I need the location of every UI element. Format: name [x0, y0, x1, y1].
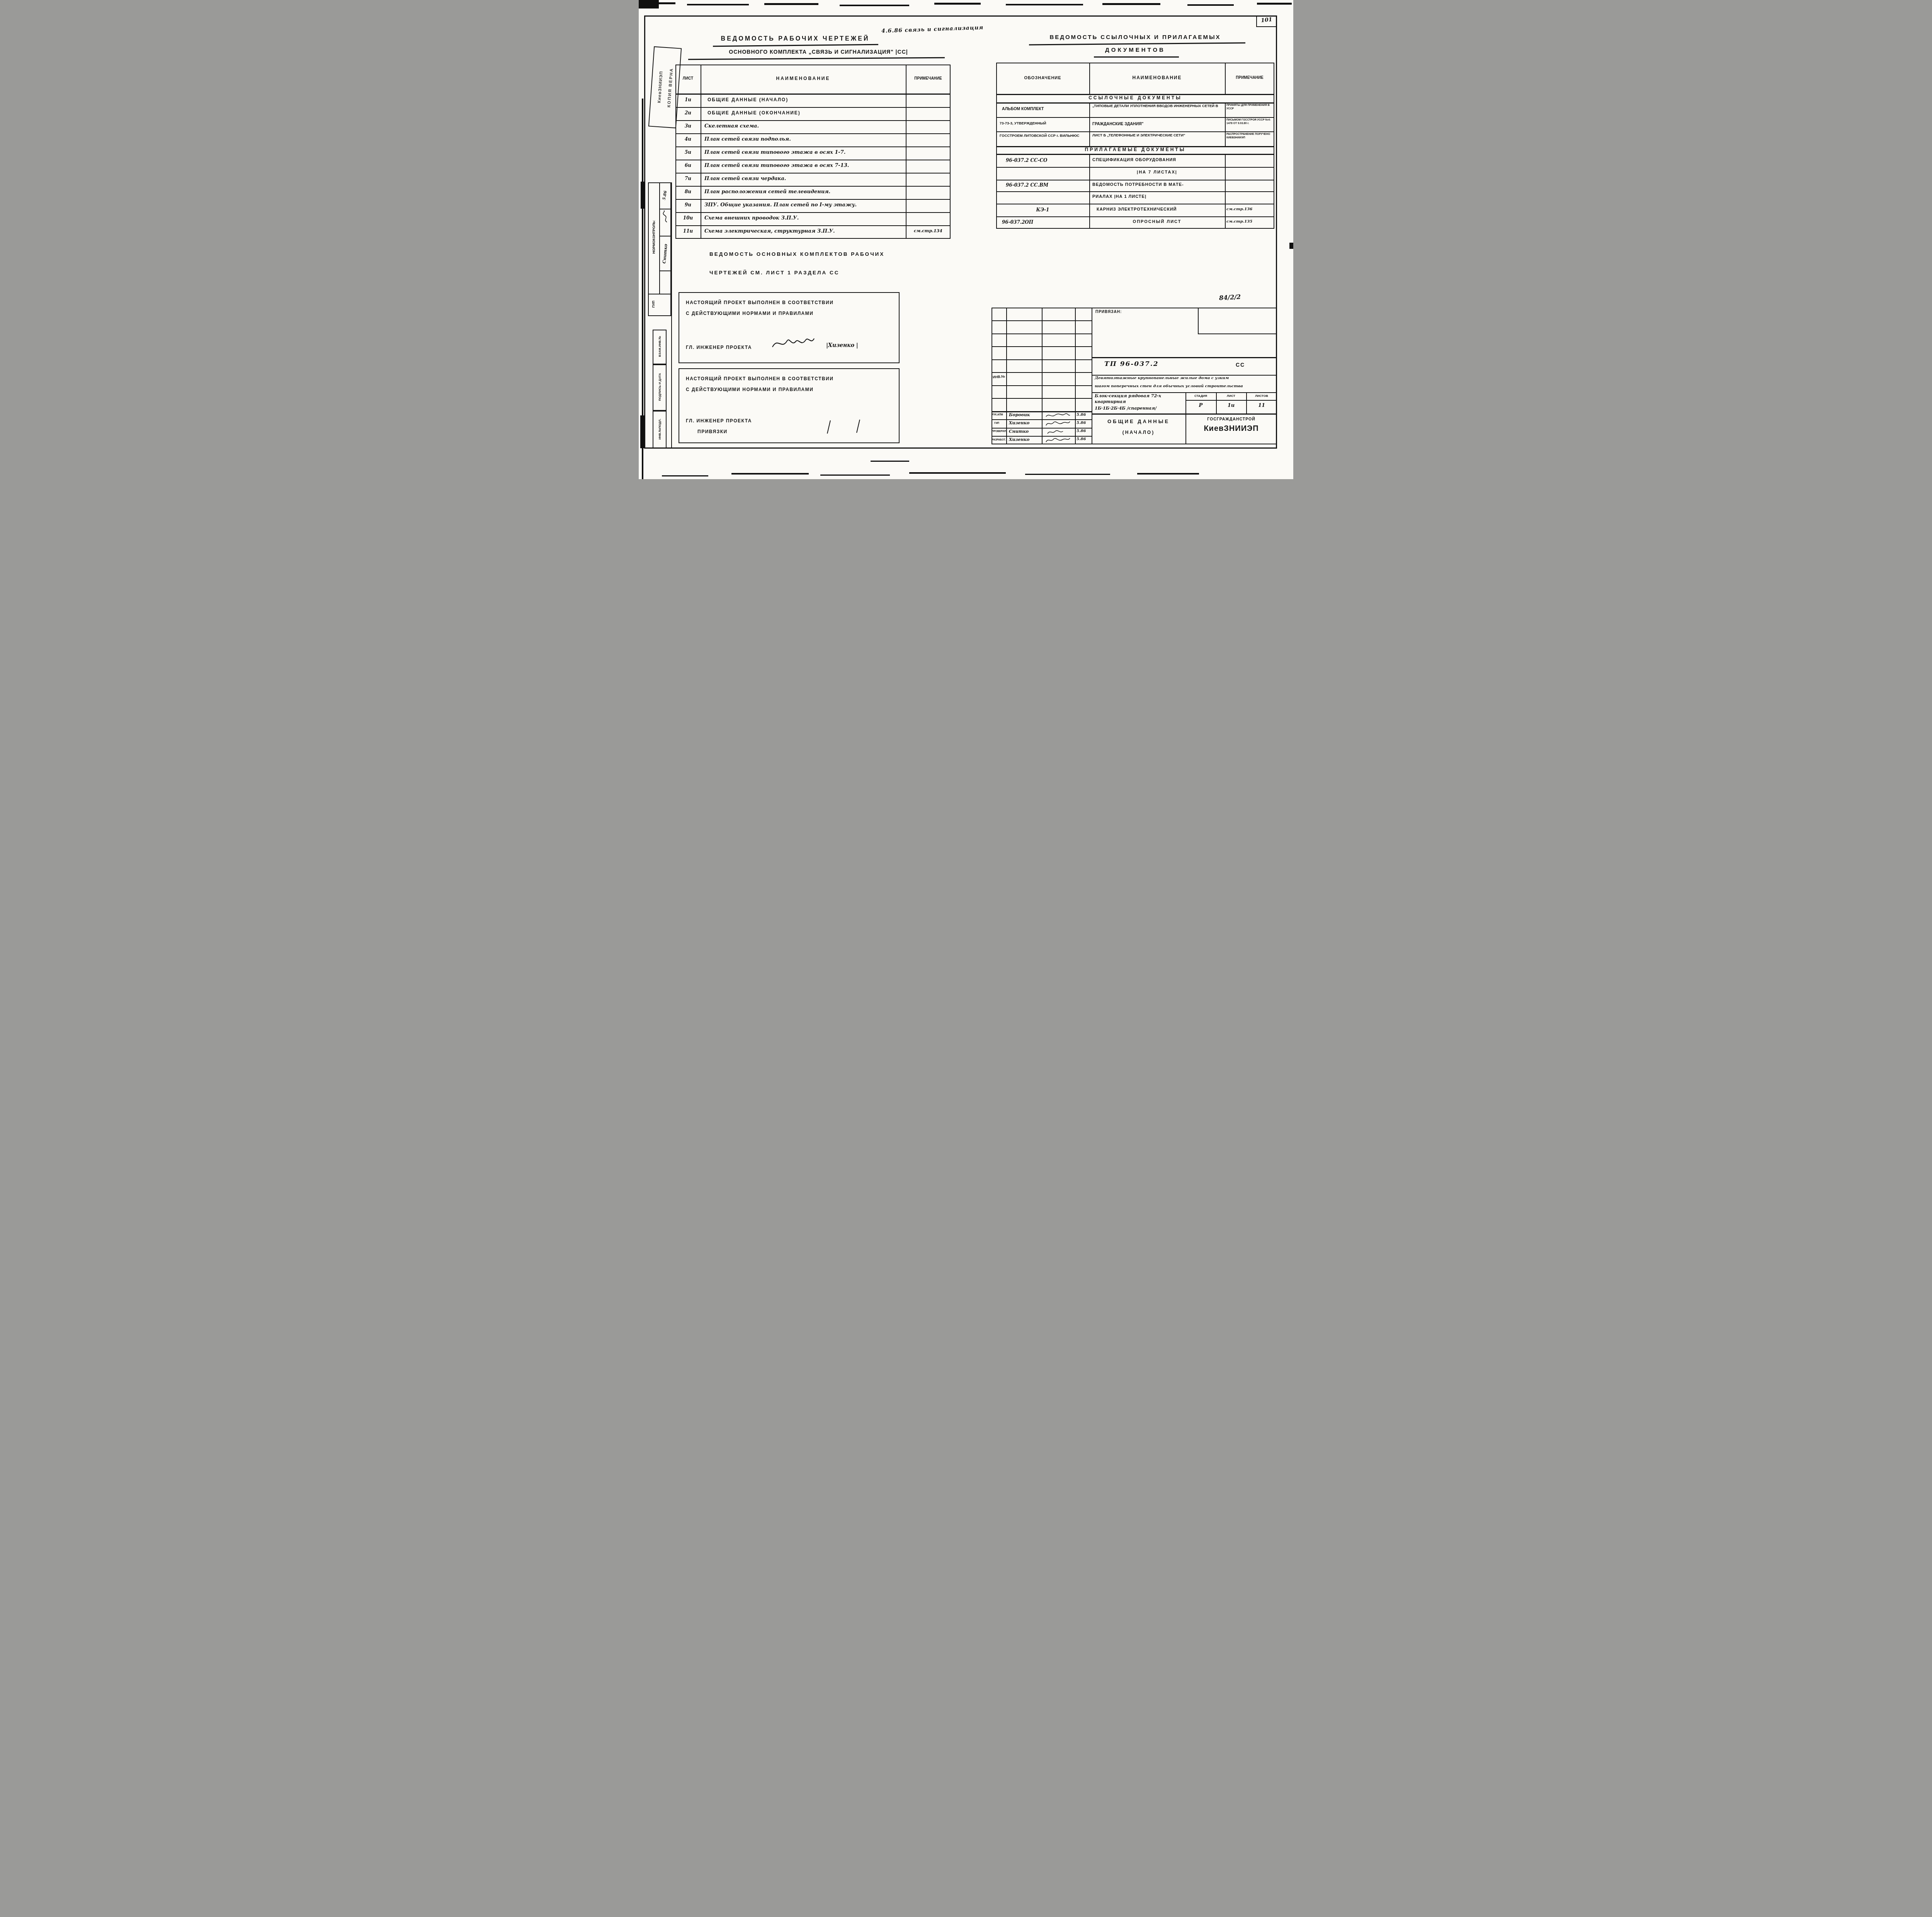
tb-line	[1198, 308, 1199, 333]
wd-title-line2: ОСНОВНОГО КОМПЛЕКТА „СВЯЗЬ И СИГНАЛИЗАЦИ…	[689, 49, 948, 55]
rd-ref-note: ПИСЬМОМ ГОССТРОЯ УССР №4-1478 ОТ 9.03.80…	[1226, 118, 1273, 125]
rd-att-name: РИАЛАХ |НА 1 ЛИСТЕ|	[1092, 194, 1222, 199]
wd-row-line	[675, 225, 951, 226]
wd-col-name: НАИМЕНОВАНИЕ	[701, 76, 906, 81]
scan-artifact	[1025, 474, 1110, 475]
object-number: 84/2/2	[1219, 293, 1241, 302]
wd-row-name: План расположения сетей телевидения.	[704, 189, 901, 195]
gip-margin-label: ГИП	[651, 285, 655, 323]
wd-row-sheet: 6и	[675, 163, 701, 168]
statement2-line2: С ДЕЙСТВУЮЩИМИ НОРМАМИ И ПРАВИЛАМИ	[686, 387, 813, 392]
wd-row-line	[675, 199, 951, 200]
wd-row-name: Скелетная схема.	[704, 123, 901, 129]
tb-sig-date: 5.86	[1077, 429, 1086, 433]
tb-line	[1092, 413, 1277, 415]
tb-sig-name: Снитко	[1009, 429, 1029, 434]
tb-doc-mark: СС	[1236, 362, 1245, 368]
rd-ref-code: АЛЬБОМ КОМПЛЕКТ	[1002, 107, 1085, 111]
tb-sig-date: 5.86	[1077, 421, 1086, 425]
scan-artifact	[731, 473, 809, 475]
rd-row-line	[996, 131, 1274, 132]
scan-artifact	[641, 182, 644, 209]
scan-artifact	[1102, 3, 1160, 5]
scan-artifact	[687, 4, 749, 5]
wd-row-line	[675, 173, 951, 173]
rd-col-code: ОБОЗНАЧЕНИЕ	[996, 76, 1089, 80]
scan-artifact	[1289, 243, 1293, 249]
rd-title-underline2	[1094, 56, 1179, 58]
tb-grid-line	[1042, 308, 1043, 444]
tb-descr-line2: шагом поперечных стен для обычных услови…	[1095, 384, 1276, 388]
tb-stage-val3: 11	[1246, 403, 1277, 408]
wd-row-name: ЗПУ. Общие указания. План сетей по I-му …	[704, 202, 901, 208]
wd-row-line	[675, 212, 951, 213]
rd-att-name: КАРНИЗ ЭЛЕКТРОТЕХНИЧЕСКИЙ	[1097, 207, 1226, 212]
wd-row-sheet: 11и	[675, 228, 701, 234]
tb-grid-row	[992, 411, 1092, 412]
rd-col-line	[1225, 102, 1226, 146]
tb-grid-row	[992, 436, 1092, 437]
wd-row-sheet: 7и	[675, 176, 701, 181]
wd-row-line	[675, 107, 951, 108]
tb-sig-name: Хизенко	[1009, 437, 1029, 442]
tb-grid-row	[992, 359, 1092, 360]
inv-podl-label: ИНВ.№ПОДЛ.	[658, 400, 662, 458]
rd-section-att: ПРИЛАГАЕМЫЕ ДОКУМЕНТЫ	[996, 147, 1274, 152]
wd-row-line	[675, 160, 951, 160]
tb-doc-code: ТП 96-037.2	[1104, 360, 1159, 368]
statement2-role-line2: ПРИВЯЗКИ	[697, 429, 728, 434]
rd-ref-code: 73-73-3, УТВЕРЖДЕННЫЙ	[1000, 121, 1088, 126]
tb-sig-role: ПРОВЕРИЛ	[992, 430, 1006, 433]
wd-row-sheet: 8и	[675, 189, 701, 194]
note-line2: ЧЕРТЕЖЕЙ СМ. ЛИСТ 1 РАЗДЕЛА СС	[709, 270, 840, 276]
wd-row-line	[675, 120, 951, 121]
scan-artifact	[764, 3, 818, 5]
statement2-line1: НАСТОЯЩИЙ ПРОЕКТ ВЫПОЛНЕН В СООТВЕТСТВИИ	[686, 376, 833, 381]
scanned-drawing-sheet: 101 4.6.86 связь и сигнализация КиевЗНИИ…	[639, 0, 1293, 479]
wd-row-sheet: 10и	[675, 215, 701, 221]
tb-grid-row	[992, 372, 1092, 373]
tb-grid-row	[992, 346, 1092, 347]
normokontrol-signature	[662, 210, 669, 223]
statement2-signature-slashes	[793, 418, 863, 435]
normokontrol-label: НОРМОКОНТРОЛЬ:	[652, 198, 656, 276]
tb-sheet-name-line1: ОБЩИЕ ДАННЫЕ	[1092, 418, 1185, 424]
rd-row-line	[996, 117, 1274, 118]
scan-artifact	[909, 472, 1006, 474]
wd-row-sheet: 5и	[675, 150, 701, 155]
rd-att-code: 96-037.2 СС-СО	[1006, 158, 1087, 163]
wd-row-sheet: 4и	[675, 136, 701, 142]
note-line1: ВЕДОМОСТЬ ОСНОВНЫХ КОМПЛЕКТОВ РАБОЧИХ	[709, 251, 884, 257]
wd-col-note: ПРИМЕЧАНИЕ	[906, 77, 951, 81]
tb-stage-col2: ЛИСТ	[1216, 394, 1246, 398]
scan-artifact	[820, 475, 890, 476]
rd-col-name: НАИМЕНОВАНИЕ	[1089, 75, 1225, 80]
tb-stage-col3: ЛИСТОВ	[1246, 394, 1277, 398]
wd-row-sheet: 2и	[675, 110, 701, 116]
tb-object-line3: 1Б·1Б·2Б·4Б /спаренная/	[1095, 406, 1156, 411]
scan-artifact	[662, 475, 708, 476]
copy-stamp-org: КиевЗНИИЭП	[655, 48, 667, 126]
rd-col-line	[1089, 102, 1090, 146]
wd-row-name: План сетей связи подполья.	[704, 136, 901, 142]
tb-signature	[1044, 412, 1071, 419]
tb-sig-role: РАЗРАБОТ.	[992, 439, 1006, 441]
tb-line	[1185, 400, 1277, 401]
wd-row-sheet: 9и	[675, 202, 701, 208]
rd-att-note: см.стр.136	[1226, 207, 1273, 211]
tb-stage-col1: СТАДИЯ	[1185, 394, 1216, 398]
wd-row-line	[675, 186, 951, 187]
wd-row-sheet: 1и	[675, 97, 701, 102]
frame-inner-left-line	[671, 182, 672, 449]
scan-artifact	[1257, 3, 1292, 5]
tb-grid-row	[992, 320, 1092, 321]
wd-col-sheet: ЛИСТ	[675, 77, 701, 81]
tb-stage-val1: Р	[1185, 403, 1216, 408]
statement1-signature	[770, 333, 816, 351]
rd-row-line	[996, 204, 1274, 204]
tb-grid-row	[992, 398, 1092, 399]
scan-artifact	[639, 2, 675, 4]
wd-row-name: ОБЩИЕ ДАННЫЕ (НАЧАЛО)	[707, 97, 903, 102]
tb-sheet-name-line2: (НАЧАЛО)	[1092, 430, 1185, 435]
normokontrol-divider	[659, 182, 660, 294]
rd-title-line2: ДОКУМЕНТОВ	[996, 47, 1274, 53]
rd-row-line	[996, 180, 1274, 180]
scan-artifact	[1187, 4, 1234, 6]
tb-line	[1198, 333, 1277, 334]
rd-att-name: |НА 7 ЛИСТАХ|	[1089, 170, 1225, 175]
tb-line	[1092, 392, 1277, 393]
tb-sig-date: 5.86	[1077, 413, 1086, 417]
wd-row-name: ОБЩИЕ ДАННЫЕ (ОКОНЧАНИЕ)	[707, 110, 903, 116]
tb-org-line2: КиевЗНИИЭП	[1185, 424, 1277, 433]
tb-object-line1: Блок-секция рядовая 72-х	[1095, 393, 1161, 398]
wd-row-name: План сетей связи типового этажа в осях 1…	[704, 150, 901, 155]
tb-grid-row	[992, 428, 1092, 429]
tb-signature	[1044, 437, 1071, 444]
rd-title-line1: ВЕДОМОСТЬ ССЫЛОЧНЫХ И ПРИЛАГАЕМЫХ	[996, 34, 1274, 41]
tb-sig-date: 5.86	[1077, 437, 1086, 441]
wd-row-line	[675, 146, 951, 147]
rd-row-line	[996, 216, 1274, 217]
tb-grid-row	[992, 419, 1092, 420]
rd-ref-name: „ТИПОВЫЕ ДЕТАЛИ УПЛОТНЕНИЯ ВВОДОВ ИНЖЕНЕ…	[1092, 104, 1222, 109]
tb-descr-line1: Девятиэтажные крупнопанельные жилые дома…	[1095, 376, 1276, 380]
scan-artifact	[639, 0, 659, 9]
wd-row-name: План сетей связи чердака.	[704, 176, 901, 182]
statement2-role-line1: ГЛ. ИНЖЕНЕР ПРОЕКТА	[686, 418, 752, 424]
wd-row-name: План сетей связи типового этажа в осях 7…	[704, 163, 901, 168]
rd-section-ref: ССЫЛОЧНЫЕ ДОКУМЕНТЫ	[996, 95, 1274, 100]
tb-line	[1092, 357, 1277, 358]
scan-artifact	[1006, 4, 1083, 5]
scan-artifact	[840, 5, 909, 6]
statement1-name: |Хизенко |	[826, 342, 858, 349]
scan-artifact	[871, 461, 909, 462]
tb-sig-role: РУК.АПМ	[992, 413, 1006, 416]
rd-ref-code: ГОССТРОЕМ ЛИТОВСКОЙ ССР г. ВИЛЬНЮС	[1000, 133, 1085, 138]
tb-grid-row	[992, 333, 1092, 334]
rd-ref-note: РАСПРОСТРАНЕНИЕ ПОРУЧЕНО КИЕВЗНИИЭП	[1226, 133, 1273, 139]
rd-row-line	[996, 191, 1274, 192]
statement1-role: ГЛ. ИНЖЕНЕР ПРОЕКТА	[686, 345, 752, 350]
tb-grid-line	[1075, 308, 1076, 444]
tb-org-line1: ГОСГРАЖДАНСТРОЙ	[1185, 417, 1277, 422]
wd-row-sheet: 3и	[675, 123, 701, 129]
wd-row-name: Схема внешних проводок З.П.У.	[704, 215, 901, 221]
rd-att-note: см.стр.135	[1226, 219, 1273, 224]
scan-artifact	[1137, 473, 1199, 475]
tb-object-line2: квартирная	[1095, 399, 1126, 404]
rd-att-name: СПЕЦИФИКАЦИЯ ОБОРУДОВАНИЯ	[1092, 158, 1222, 162]
rd-att-code: КЭ-1	[996, 207, 1089, 213]
rd-row-line	[996, 167, 1274, 168]
rd-att-name: ВЕДОМОСТЬ ПОТРЕБНОСТИ В МАТЕ-	[1092, 182, 1222, 187]
tb-sig-name: Хизенко	[1009, 420, 1029, 425]
wd-row-note: см.стр.134	[906, 228, 951, 233]
tb-signature	[1044, 420, 1071, 427]
rd-ref-note: ПРИНЯТЫ ДЛЯ ПРИМЕНЕНИЯ В УССР	[1226, 104, 1273, 111]
tb-grid-row	[992, 385, 1092, 386]
rd-att-name: ОПРОСНЫЙ ЛИСТ	[1089, 219, 1225, 224]
scan-artifact	[934, 3, 981, 5]
wd-header-line	[675, 94, 951, 95]
tb-sig-name: Боровик	[1009, 412, 1030, 417]
tb-stage-val2: 1и	[1216, 403, 1246, 408]
tb-privyazan-label: ПРИВЯЗАН:	[1095, 310, 1122, 314]
wd-row-line	[675, 133, 951, 134]
rd-att-code: 96-037.2 СС.ВМ	[1006, 182, 1087, 188]
tb-sig-role: ГИП	[994, 422, 1009, 425]
tb-line	[1092, 375, 1277, 376]
rd-att-code: 96-037.2ОП	[1002, 219, 1083, 225]
rd-ref-name: ЛИСТ Б „ТЕЛЕФОННЫЕ И ЭЛЕКТРИЧЕС­КИЕ СЕТИ…	[1092, 133, 1222, 138]
tb-signature	[1044, 428, 1071, 435]
rd-col-note: ПРИМЕЧАНИЕ	[1225, 76, 1274, 80]
rd-ref-name: ГРАЖДАНСКИЕ ЗДАНИЯ"	[1092, 122, 1222, 126]
statement1-line1: НАСТОЯЩИЙ ПРОЕКТ ВЫПОЛНЕН В СООТВЕТСТВИИ	[686, 300, 833, 305]
statement1-line2: С ДЕЙСТВУЮЩИМИ НОРМАМИ И ПРАВИЛАМИ	[686, 311, 813, 316]
wd-title-line1: ВЕДОМОСТЬ РАБОЧИХ ЧЕРТЕЖЕЙ	[714, 36, 876, 43]
wd-row-name: Схема электрическая, структурная З.П.У.	[704, 228, 901, 234]
rd-section-line2	[996, 154, 1274, 155]
